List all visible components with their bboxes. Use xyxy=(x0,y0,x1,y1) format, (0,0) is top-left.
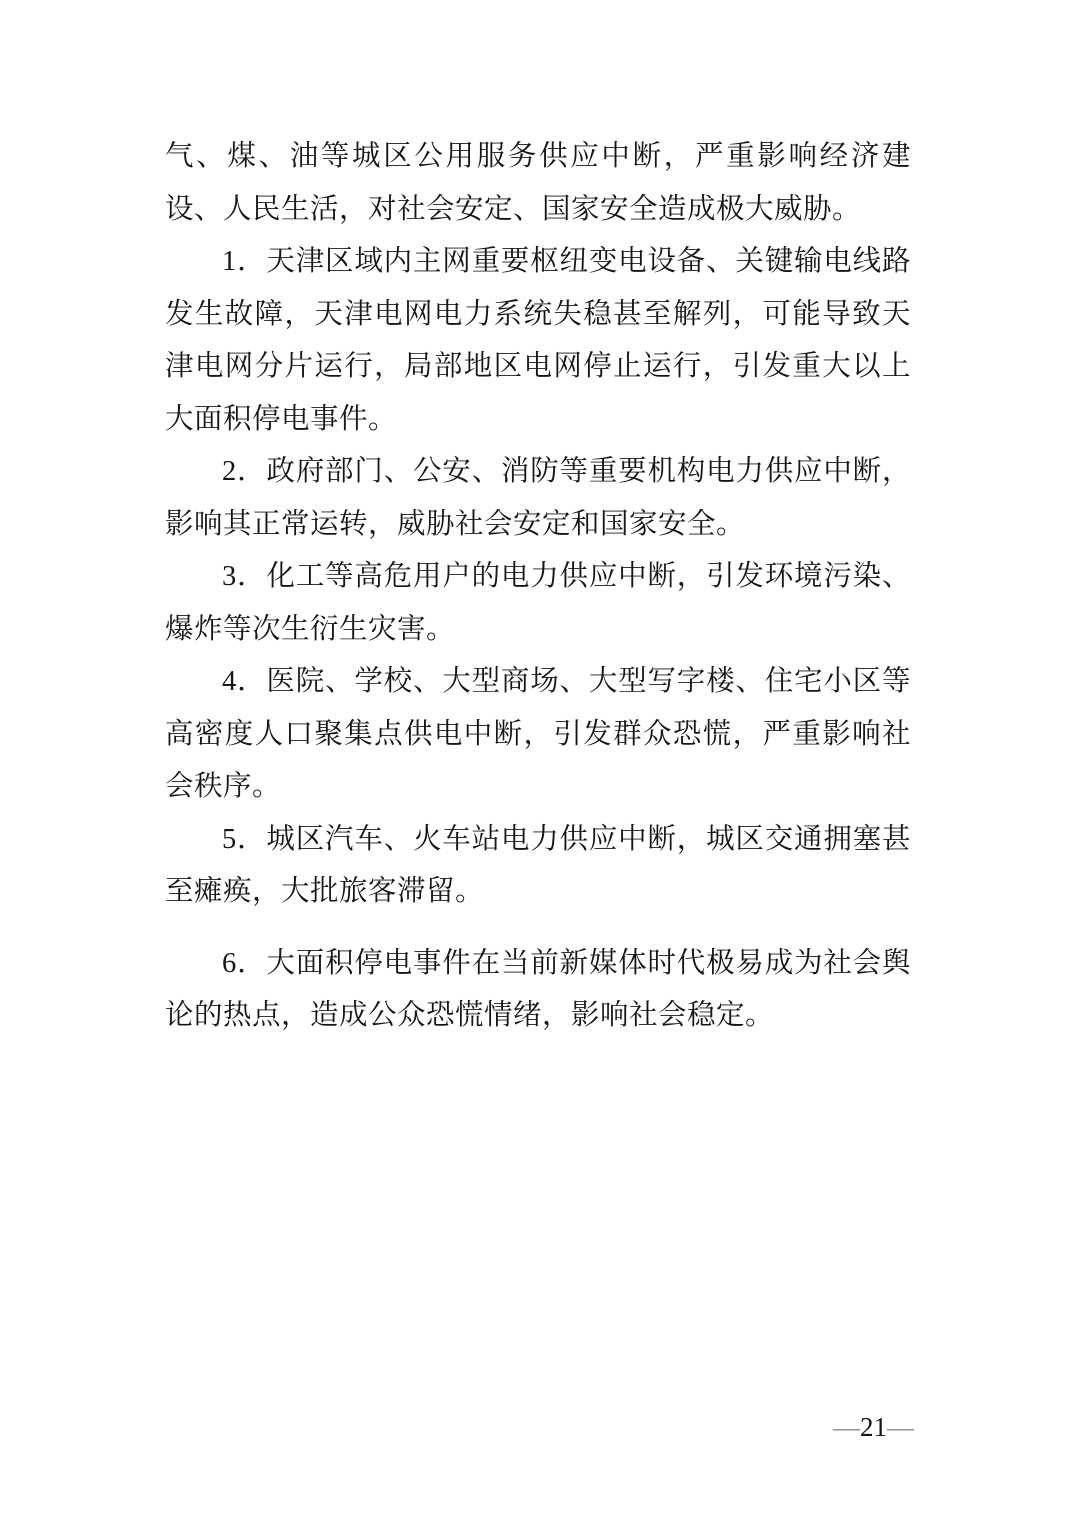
item-number: 5． xyxy=(222,824,266,855)
numbered-item-4: 4．医院、学校、大型商场、大型写字楼、住宅小区等高密度人口聚集点供电中断，引发群… xyxy=(165,656,911,814)
item-text: 医院、学校、大型商场、大型写字楼、住宅小区等高密度人口聚集点供电中断，引发群众恐… xyxy=(165,666,911,802)
item-text: 政府部门、公安、消防等重要机构电力供应中断，影响其正常运转，威胁社会安定和国家安… xyxy=(165,456,911,540)
footer-dash-right: — xyxy=(887,1412,914,1442)
numbered-item-5: 5．城区汽车、火车站电力供应中断，城区交通拥塞甚至瘫痪，大批旅客滞留。 xyxy=(165,814,911,919)
item-text: 天津区域内主网重要枢纽变电设备、关键输电线路发生故障，天津电网电力系统失稳甚至解… xyxy=(165,246,911,435)
item-number: 2． xyxy=(222,456,266,487)
numbered-item-1: 1．天津区域内主网重要枢纽变电设备、关键输电线路发生故障，天津电网电力系统失稳甚… xyxy=(165,236,911,446)
item-number: 6． xyxy=(222,948,266,979)
numbered-item-2: 2．政府部门、公安、消防等重要机构电力供应中断，影响其正常运转，威胁社会安定和国… xyxy=(165,446,911,551)
page-number: 21 xyxy=(860,1412,887,1442)
document-body: 气、煤、油等城区公用服务供应中断，严重影响经济建设、人民生活，对社会安定、国家安… xyxy=(165,131,911,1043)
footer-dash-left: — xyxy=(833,1412,860,1442)
document-page: 气、煤、油等城区公用服务供应中断，严重影响经济建设、人民生活，对社会安定、国家安… xyxy=(0,0,1074,1520)
item-number: 1． xyxy=(222,246,266,277)
item-text: 化工等高危用户的电力供应中断，引发环境污染、爆炸等次生衍生灾害。 xyxy=(165,561,911,645)
page-footer: —21— xyxy=(833,1410,914,1444)
item-number: 3． xyxy=(222,561,266,592)
numbered-item-3: 3．化工等高危用户的电力供应中断，引发环境污染、爆炸等次生衍生灾害。 xyxy=(165,551,911,656)
paragraph-continuation: 气、煤、油等城区公用服务供应中断，严重影响经济建设、人民生活，对社会安定、国家安… xyxy=(165,131,911,236)
item-text: 城区汽车、火车站电力供应中断，城区交通拥塞甚至瘫痪，大批旅客滞留。 xyxy=(165,824,911,908)
numbered-item-6: 6．大面积停电事件在当前新媒体时代极易成为社会舆论的热点，造成公众恐慌情绪，影响… xyxy=(165,938,911,1043)
item-number: 4． xyxy=(222,666,266,697)
item-text: 大面积停电事件在当前新媒体时代极易成为社会舆论的热点，造成公众恐慌情绪，影响社会… xyxy=(165,948,911,1032)
paragraph-text: 气、煤、油等城区公用服务供应中断，严重影响经济建设、人民生活，对社会安定、国家安… xyxy=(165,141,911,225)
